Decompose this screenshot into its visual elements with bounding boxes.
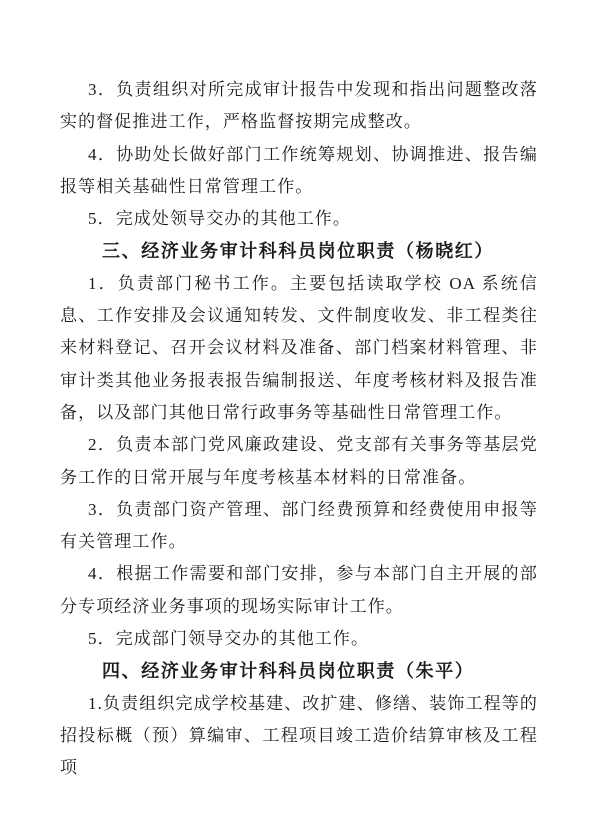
paragraph: 3．负责部门资产管理、部门经费预算和经费使用申报等有关管理工作。 (60, 494, 538, 559)
section-heading: 四、经济业务审计科科员岗位职责（朱平） (60, 655, 538, 687)
paragraph: 4．协助处长做好部门工作统筹规划、协调推进、报告编报等相关基础性日常管理工作。 (60, 139, 538, 204)
paragraph: 2．负责本部门党风廉政建设、党支部有关事务等基层党务工作的日常开展与年度考核基本… (60, 429, 538, 494)
document-content: 3．负责组织对所完成审计报告中发现和指出问题整改落实的督促推进工作，严格监督按期… (60, 74, 538, 785)
document-page: 3．负责组织对所完成审计报告中发现和指出问题整改落实的督促推进工作，严格监督按期… (0, 0, 598, 837)
paragraph: 4．根据工作需要和部门安排，参与本部门自主开展的部分专项经济业务事项的现场实际审… (60, 558, 538, 623)
paragraph: 1.负责组织完成学校基建、改扩建、修缮、装饰工程等的招投标概（预）算编审、工程项… (60, 688, 538, 785)
section-heading: 三、经济业务审计科科员岗位职责（杨晓红） (60, 235, 538, 267)
paragraph: 1．负责部门秘书工作。主要包括读取学校 OA 系统信息、工作安排及会议通知转发、… (60, 268, 538, 429)
paragraph: 5．完成处领导交办的其他工作。 (60, 203, 538, 235)
paragraph: 3．负责组织对所完成审计报告中发现和指出问题整改落实的督促推进工作，严格监督按期… (60, 74, 538, 139)
paragraph: 5．完成部门领导交办的其他工作。 (60, 623, 538, 655)
